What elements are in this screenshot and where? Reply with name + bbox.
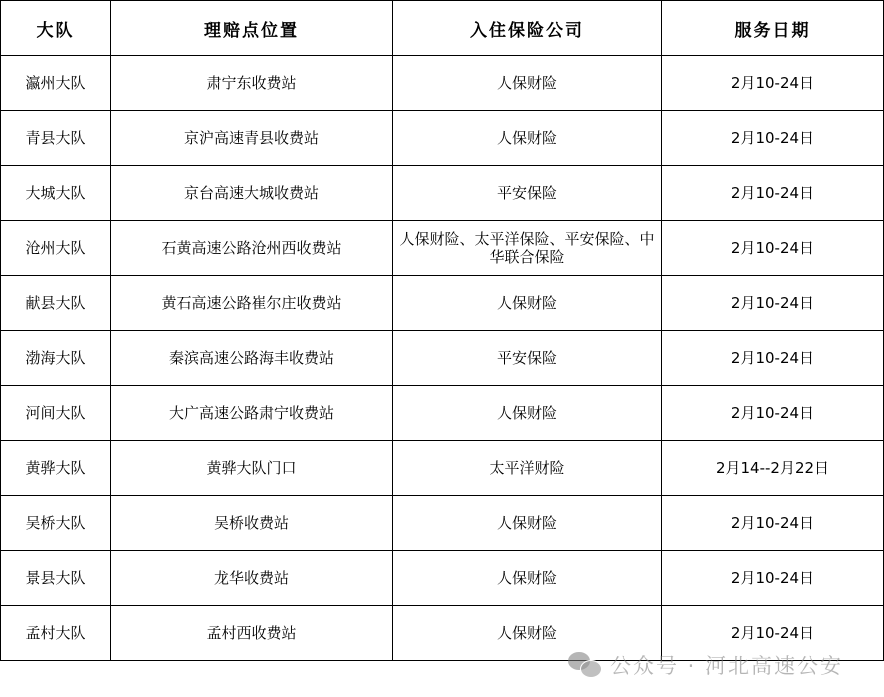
cell-brigade: 沧州大队	[1, 221, 111, 276]
cell-location: 黄石高速公路崔尔庄收费站	[111, 276, 393, 331]
cell-brigade: 黄骅大队	[1, 441, 111, 496]
cell-brigade: 瀛州大队	[1, 56, 111, 111]
cell-insurer: 人保财险、太平洋保险、平安保险、中华联合保险	[393, 221, 662, 276]
table-row: 大城大队 京台高速大城收费站 平安保险 2月10-24日	[1, 166, 884, 221]
cell-brigade: 渤海大队	[1, 331, 111, 386]
cell-brigade: 孟村大队	[1, 606, 111, 661]
cell-insurer: 人保财险	[393, 496, 662, 551]
table-row: 瀛州大队 肃宁东收费站 人保财险 2月10-24日	[1, 56, 884, 111]
cell-location: 秦滨高速公路海丰收费站	[111, 331, 393, 386]
cell-dates: 2月10-24日	[662, 496, 884, 551]
table-row: 沧州大队 石黄高速公路沧州西收费站 人保财险、太平洋保险、平安保险、中华联合保险…	[1, 221, 884, 276]
header-insurer: 入住保险公司	[393, 1, 662, 56]
table-row: 渤海大队 秦滨高速公路海丰收费站 平安保险 2月10-24日	[1, 331, 884, 386]
cell-insurer: 人保财险	[393, 386, 662, 441]
cell-insurer: 人保财险	[393, 56, 662, 111]
cell-location: 孟村西收费站	[111, 606, 393, 661]
cell-insurer: 人保财险	[393, 606, 662, 661]
cell-insurer: 太平洋财险	[393, 441, 662, 496]
cell-brigade: 景县大队	[1, 551, 111, 606]
cell-dates: 2月10-24日	[662, 276, 884, 331]
cell-brigade: 吴桥大队	[1, 496, 111, 551]
table-row: 孟村大队 孟村西收费站 人保财险 2月10-24日	[1, 606, 884, 661]
cell-dates: 2月10-24日	[662, 166, 884, 221]
table-row: 吴桥大队 吴桥收费站 人保财险 2月10-24日	[1, 496, 884, 551]
cell-location: 石黄高速公路沧州西收费站	[111, 221, 393, 276]
table-row: 献县大队 黄石高速公路崔尔庄收费站 人保财险 2月10-24日	[1, 276, 884, 331]
cell-location: 京台高速大城收费站	[111, 166, 393, 221]
cell-dates: 2月10-24日	[662, 111, 884, 166]
header-dates: 服务日期	[662, 1, 884, 56]
cell-insurer: 平安保险	[393, 331, 662, 386]
cell-location: 京沪高速青县收费站	[111, 111, 393, 166]
cell-insurer: 平安保险	[393, 166, 662, 221]
cell-dates: 2月10-24日	[662, 551, 884, 606]
table-row: 青县大队 京沪高速青县收费站 人保财险 2月10-24日	[1, 111, 884, 166]
claims-service-table: 大队 理赔点位置 入住保险公司 服务日期 瀛州大队 肃宁东收费站 人保财险 2月…	[0, 0, 884, 661]
cell-location: 龙华收费站	[111, 551, 393, 606]
header-location: 理赔点位置	[111, 1, 393, 56]
cell-dates: 2月10-24日	[662, 606, 884, 661]
cell-dates: 2月10-24日	[662, 221, 884, 276]
cell-dates: 2月14--2月22日	[662, 441, 884, 496]
cell-dates: 2月10-24日	[662, 331, 884, 386]
table-row: 景县大队 龙华收费站 人保财险 2月10-24日	[1, 551, 884, 606]
table-header-row: 大队 理赔点位置 入住保险公司 服务日期	[1, 1, 884, 56]
cell-brigade: 青县大队	[1, 111, 111, 166]
cell-location: 吴桥收费站	[111, 496, 393, 551]
cell-brigade: 大城大队	[1, 166, 111, 221]
cell-brigade: 献县大队	[1, 276, 111, 331]
header-brigade: 大队	[1, 1, 111, 56]
cell-insurer: 人保财险	[393, 111, 662, 166]
cell-dates: 2月10-24日	[662, 56, 884, 111]
table-row: 黄骅大队 黄骅大队门口 太平洋财险 2月14--2月22日	[1, 441, 884, 496]
cell-location: 黄骅大队门口	[111, 441, 393, 496]
cell-insurer: 人保财险	[393, 551, 662, 606]
cell-insurer: 人保财险	[393, 276, 662, 331]
cell-dates: 2月10-24日	[662, 386, 884, 441]
cell-location: 大广高速公路肃宁收费站	[111, 386, 393, 441]
cell-location: 肃宁东收费站	[111, 56, 393, 111]
table-row: 河间大队 大广高速公路肃宁收费站 人保财险 2月10-24日	[1, 386, 884, 441]
cell-brigade: 河间大队	[1, 386, 111, 441]
